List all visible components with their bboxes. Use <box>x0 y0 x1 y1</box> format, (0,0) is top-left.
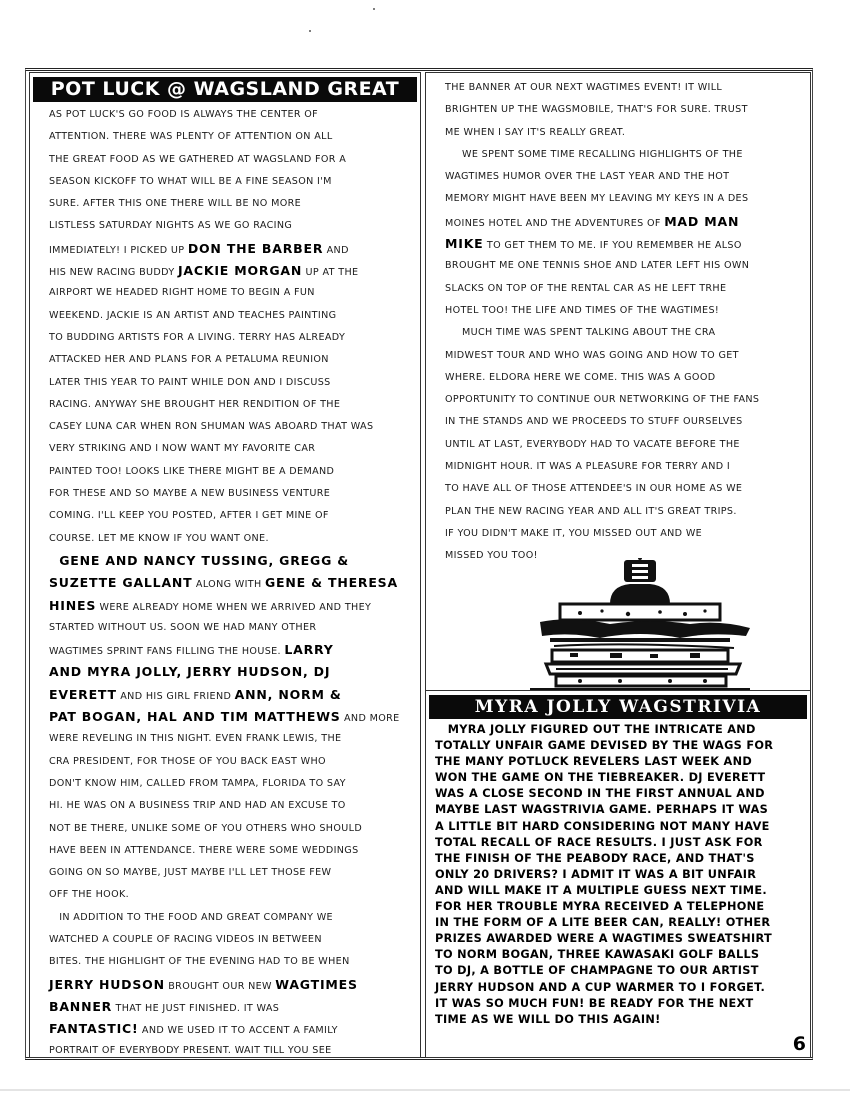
text-line: IMMEDIATELY! I PICKED UP DON THE BARBER … <box>49 238 420 260</box>
text-run: UNTIL AT LAST, EVERYBODY HAD TO VACATE B… <box>445 439 740 450</box>
text-run: WEEKEND. JACKIE IS AN ARTIST AND TEACHES… <box>49 310 336 321</box>
emphasized-name: LARRY <box>284 642 333 657</box>
text-run: TO HAVE ALL OF THOSE ATTENDEE'S IN OUR H… <box>445 483 742 494</box>
text-run: IN ADDITION TO THE FOOD AND GREAT COMPAN… <box>49 912 333 923</box>
text-run: WAGTIMES SPRINT FANS FILLING THE HOUSE. <box>49 646 284 657</box>
text-run: BROUGHT OUR NEW <box>165 981 275 992</box>
text-run: IF YOU DIDN'T MAKE IT, YOU MISSED OUT AN… <box>445 528 702 539</box>
text-line: FOR HER TROUBLE MYRA RECEIVED A TELEPHON… <box>435 899 810 915</box>
scan-speck <box>309 30 311 32</box>
emphasized-name: SUZETTE GALLANT <box>49 575 193 590</box>
text-run: PLAN THE NEW RACING YEAR AND ALL IT'S GR… <box>445 506 737 517</box>
text-line: TOTALLY UNFAIR GAME DEVISED BY THE WAGS … <box>435 738 810 754</box>
text-run: NOT BE THERE, UNLIKE SOME OF YOU OTHERS … <box>49 823 362 834</box>
text-line: TO NORM BOGAN, THREE KAWASAKI GOLF BALLS <box>435 947 810 963</box>
text-run: UP AT THE <box>302 267 358 278</box>
text-run: LATER THIS YEAR TO PAINT WHILE DON AND I… <box>49 377 331 388</box>
text-run: AIRPORT WE HEADED RIGHT HOME TO BEGIN A … <box>49 287 315 298</box>
text-line: AS POT LUCK'S GO FOOD IS ALWAYS THE CENT… <box>49 104 420 126</box>
text-line: MYRA JOLLY FIGURED OUT THE INTRICATE AND <box>435 722 810 738</box>
text-line: SUZETTE GALLANT ALONG WITH GENE & THERES… <box>49 572 420 594</box>
text-run: ME WHEN I SAY IT'S REALLY GREAT. <box>445 127 625 138</box>
text-line: PLAN THE NEW RACING YEAR AND ALL IT'S GR… <box>445 501 810 523</box>
text-line: PORTRAIT OF EVERYBODY PRESENT. WAIT TILL… <box>49 1040 420 1062</box>
text-run: HI. HE WAS ON A BUSINESS TRIP AND HAD AN… <box>49 800 346 811</box>
text-line: SURE. AFTER THIS ONE THERE WILL BE NO MO… <box>49 193 420 215</box>
text-line: MAYBE LAST WAGSTRIVIA GAME. PERHAPS IT W… <box>435 802 810 818</box>
article-headline-trivia: MYRA JOLLY WAGSTRIVIA WINNER <box>429 695 807 719</box>
text-line: MIDNIGHT HOUR. IT WAS A PLEASURE FOR TER… <box>445 456 810 478</box>
text-line: VERY STRIKING AND I NOW WANT MY FAVORITE… <box>49 438 420 460</box>
text-run: PAINTED TOO! LOOKS LIKE THERE MIGHT BE A… <box>49 466 334 477</box>
text-run: TO BUDDING ARTISTS FOR A LIVING. TERRY H… <box>49 332 345 343</box>
text-run: COMING. I'LL KEEP YOU POSTED, AFTER I GE… <box>49 510 329 521</box>
text-line: RACING. ANYWAY SHE BROUGHT HER RENDITION… <box>49 394 420 416</box>
emphasized-name: MAD MAN <box>664 214 739 229</box>
emphasized-name: AND MYRA JOLLY, JERRY HUDSON, DJ <box>49 664 330 679</box>
text-line: A LITTLE BIT HARD CONSIDERING NOT MANY H… <box>435 819 810 835</box>
right-column: THE BANNER AT OUR NEXT WAGTIMES EVENT! I… <box>425 72 811 1058</box>
text-line: WERE REVELING IN THIS NIGHT. EVEN FRANK … <box>49 728 420 750</box>
text-run: RACING. ANYWAY SHE BROUGHT HER RENDITION… <box>49 399 340 410</box>
text-run: BRIGHTEN UP THE WAGSMOBILE, THAT'S FOR S… <box>445 104 748 115</box>
text-line: TO HAVE ALL OF THOSE ATTENDEE'S IN OUR H… <box>445 478 810 500</box>
article-body-potluck: AS POT LUCK'S GO FOOD IS ALWAYS THE CENT… <box>30 102 420 1063</box>
text-run: MEMORY MIGHT HAVE BEEN MY LEAVING MY KEY… <box>445 193 748 204</box>
text-run: CRA PRESIDENT, FOR THOSE OF YOU BACK EAS… <box>49 756 326 767</box>
text-run: CASEY LUNA CAR WHEN RON SHUMAN WAS ABOAR… <box>49 421 373 432</box>
text-line: OFF THE HOOK. <box>49 884 420 906</box>
text-line: IT WAS SO MUCH FUN! BE READY FOR THE NEX… <box>435 996 810 1012</box>
text-run: MIDNIGHT HOUR. IT WAS A PLEASURE FOR TER… <box>445 461 730 472</box>
text-line: HI. HE WAS ON A BUSINESS TRIP AND HAD AN… <box>49 795 420 817</box>
emphasized-name: PAT BOGAN, HAL AND TIM MATTHEWS <box>49 709 341 724</box>
text-line: GOING ON SO MAYBE, JUST MAYBE I'LL LET T… <box>49 862 420 884</box>
text-line: ME WHEN I SAY IT'S REALLY GREAT. <box>445 122 810 144</box>
text-line: CASEY LUNA CAR WHEN RON SHUMAN WAS ABOAR… <box>49 416 420 438</box>
text-line: SEASON KICKOFF TO WHAT WILL BE A FINE SE… <box>49 171 420 193</box>
text-line: MEMORY MIGHT HAVE BEEN MY LEAVING MY KEY… <box>445 188 810 210</box>
text-run: AND WE USED IT TO ACCENT A FAMILY <box>139 1025 338 1036</box>
article-body-trivia: MYRA JOLLY FIGURED OUT THE INTRICATE AND… <box>426 719 810 1028</box>
text-run: SURE. AFTER THIS ONE THERE WILL BE NO MO… <box>49 198 301 209</box>
text-line: COURSE. LET ME KNOW IF YOU WANT ONE. <box>49 528 420 550</box>
text-line: JERRY HUDSON BROUGHT OUR NEW WAGTIMES <box>49 974 420 996</box>
text-line: EVERETT AND HIS GIRL FRIEND ANN, NORM & <box>49 684 420 706</box>
text-line: ONLY 20 DRIVERS? I ADMIT IT WAS A BIT UN… <box>435 867 810 883</box>
text-line: CRA PRESIDENT, FOR THOSE OF YOU BACK EAS… <box>49 751 420 773</box>
text-line: WAGTIMES HUMOR OVER THE LAST YEAR AND TH… <box>445 166 810 188</box>
text-line: WHERE. ELDORA HERE WE COME. THIS WAS A G… <box>445 367 810 389</box>
text-run: THAT HE JUST FINISHED. IT WAS <box>112 1003 279 1014</box>
emphasized-name: JACKIE MORGAN <box>178 263 302 278</box>
text-line: WAGTIMES SPRINT FANS FILLING THE HOUSE. … <box>49 639 420 661</box>
text-run: ATTACKED HER AND PLANS FOR A PETALUMA RE… <box>49 354 329 365</box>
text-line: MOINES HOTEL AND THE ADVENTURES OF MAD M… <box>445 211 810 233</box>
text-line: MUCH TIME WAS SPENT TALKING ABOUT THE CR… <box>445 322 810 344</box>
text-line: THE BANNER AT OUR NEXT WAGTIMES EVENT! I… <box>445 77 810 99</box>
text-line: HINES WERE ALREADY HOME WHEN WE ARRIVED … <box>49 595 420 617</box>
text-line: OPPORTUNITY TO CONTINUE OUR NETWORKING O… <box>445 389 810 411</box>
emphasized-name: GENE & THERESA <box>265 575 398 590</box>
article-body-potluck-continued: THE BANNER AT OUR NEXT WAGTIMES EVENT! I… <box>426 73 810 568</box>
text-line: BITES. THE HIGHLIGHT OF THE EVENING HAD … <box>49 951 420 973</box>
text-line: FANTASTIC! AND WE USED IT TO ACCENT A FA… <box>49 1018 420 1040</box>
text-line: LISTLESS SATURDAY NIGHTS AS WE GO RACING <box>49 215 420 237</box>
text-line: ATTACKED HER AND PLANS FOR A PETALUMA RE… <box>49 349 420 371</box>
text-run: COURSE. LET ME KNOW IF YOU WANT ONE. <box>49 533 269 544</box>
text-line: THE GREAT FOOD AS WE GATHERED AT WAGSLAN… <box>49 149 420 171</box>
text-line: BANNER THAT HE JUST FINISHED. IT WAS <box>49 996 420 1018</box>
emphasized-name: MIKE <box>445 236 484 251</box>
text-run <box>49 557 59 568</box>
text-run: MIDWEST TOUR AND WHO WAS GOING AND HOW T… <box>445 350 739 361</box>
text-line: WAS A CLOSE SECOND IN THE FIRST ANNUAL A… <box>435 786 810 802</box>
text-run: BROUGHT ME ONE TENNIS SHOE AND LATER LEF… <box>445 260 749 271</box>
text-line: IN THE FORM OF A LITE BEER CAN, REALLY! … <box>435 915 810 931</box>
text-run: AS POT LUCK'S GO FOOD IS ALWAYS THE CENT… <box>49 109 318 120</box>
text-run: BITES. THE HIGHLIGHT OF THE EVENING HAD … <box>49 956 350 967</box>
emphasized-name: BANNER <box>49 999 112 1014</box>
text-line: IN ADDITION TO THE FOOD AND GREAT COMPAN… <box>49 907 420 929</box>
text-run: AND MORE <box>341 713 400 724</box>
text-line: PRIZES AWARDED WERE A WAGTIMES SWEATSHIR… <box>435 931 810 947</box>
text-run: LISTLESS SATURDAY NIGHTS AS WE GO RACING <box>49 220 292 231</box>
text-line: THE MANY POTLUCK REVELERS LAST WEEK AND <box>435 754 810 770</box>
sandwich-illustration <box>510 558 750 692</box>
emphasized-name: JERRY HUDSON <box>49 977 165 992</box>
text-line: WEEKEND. JACKIE IS AN ARTIST AND TEACHES… <box>49 305 420 327</box>
text-line: PAT BOGAN, HAL AND TIM MATTHEWS AND MORE <box>49 706 420 728</box>
text-run: AND HIS GIRL FRIEND <box>117 691 235 702</box>
text-line: THE FINISH OF THE PEABODY RACE, AND THAT… <box>435 851 810 867</box>
text-run: FOR THESE AND SO MAYBE A NEW BUSINESS VE… <box>49 488 330 499</box>
text-line: UNTIL AT LAST, EVERYBODY HAD TO VACATE B… <box>445 434 810 456</box>
sandwich-icon <box>510 558 750 692</box>
text-line: NOT BE THERE, UNLIKE SOME OF YOU OTHERS … <box>49 818 420 840</box>
emphasized-name: WAGTIMES <box>275 977 358 992</box>
text-line: IF YOU DIDN'T MAKE IT, YOU MISSED OUT AN… <box>445 523 810 545</box>
text-line: LATER THIS YEAR TO PAINT WHILE DON AND I… <box>49 372 420 394</box>
trivia-article: MYRA JOLLY WAGSTRIVIA WINNER MYRA JOLLY … <box>425 690 811 1058</box>
text-line: AND WILL MAKE IT A MULTIPLE GUESS NEXT T… <box>435 883 810 899</box>
text-run: THE BANNER AT OUR NEXT WAGTIMES EVENT! I… <box>445 82 722 93</box>
text-run: PORTRAIT OF EVERYBODY PRESENT. WAIT TILL… <box>49 1045 332 1056</box>
text-line: IN THE STANDS AND WE PROCEEDS TO STUFF O… <box>445 411 810 433</box>
text-run: VERY STRIKING AND I NOW WANT MY FAVORITE… <box>49 443 315 454</box>
text-run: TO GET THEM TO ME. IF YOU REMEMBER HE AL… <box>484 240 742 251</box>
article-headline-potluck: POT LUCK @ WAGSLAND GREAT FUN <box>33 77 417 102</box>
page-number: 6 <box>793 1033 806 1055</box>
text-line: TIME AS WE WILL DO THIS AGAIN! <box>435 1012 810 1028</box>
text-run: OPPORTUNITY TO CONTINUE OUR NETWORKING O… <box>445 394 759 405</box>
text-run: ATTENTION. THERE WAS PLENTY OF ATTENTION… <box>49 131 333 142</box>
text-run: WERE ALREADY HOME WHEN WE ARRIVED AND TH… <box>96 602 371 613</box>
text-run: SLACKS ON TOP OF THE RENTAL CAR AS HE LE… <box>445 283 726 294</box>
text-line: TOTAL RECALL OF RACE RESULTS. I JUST ASK… <box>435 835 810 851</box>
text-run: WHERE. ELDORA HERE WE COME. THIS WAS A G… <box>445 372 715 383</box>
text-line: GENE AND NANCY TUSSING, GREGG & <box>49 550 420 572</box>
text-run: WE SPENT SOME TIME RECALLING HIGHLIGHTS … <box>445 149 743 160</box>
text-line: HAVE BEEN IN ATTENDANCE. THERE WERE SOME… <box>49 840 420 862</box>
text-run: HIS NEW RACING BUDDY <box>49 267 178 278</box>
text-line: BRIGHTEN UP THE WAGSMOBILE, THAT'S FOR S… <box>445 99 810 121</box>
text-line: TO BUDDING ARTISTS FOR A LIVING. TERRY H… <box>49 327 420 349</box>
scan-speck <box>373 8 375 10</box>
text-run: WERE REVELING IN THIS NIGHT. EVEN FRANK … <box>49 733 341 744</box>
text-line: FOR THESE AND SO MAYBE A NEW BUSINESS VE… <box>49 483 420 505</box>
text-run: IMMEDIATELY! I PICKED UP <box>49 245 188 256</box>
text-run: DON'T KNOW HIM, CALLED FROM TAMPA, FLORI… <box>49 778 346 789</box>
text-run: HAVE BEEN IN ATTENDANCE. THERE WERE SOME… <box>49 845 359 856</box>
text-line: MIDWEST TOUR AND WHO WAS GOING AND HOW T… <box>445 345 810 367</box>
text-run: GOING ON SO MAYBE, JUST MAYBE I'LL LET T… <box>49 867 331 878</box>
text-run: OFF THE HOOK. <box>49 889 129 900</box>
text-run: STARTED WITHOUT US. SOON WE HAD MANY OTH… <box>49 622 316 633</box>
text-line: DON'T KNOW HIM, CALLED FROM TAMPA, FLORI… <box>49 773 420 795</box>
text-line: AIRPORT WE HEADED RIGHT HOME TO BEGIN A … <box>49 282 420 304</box>
text-line: JERRY HUDSON AND A CUP WARMER TO I FORGE… <box>435 980 810 996</box>
text-run: ALONG WITH <box>193 579 265 590</box>
emphasized-name: EVERETT <box>49 687 117 702</box>
text-line: WON THE GAME ON THE TIEBREAKER. DJ EVERE… <box>435 770 810 786</box>
text-line: PAINTED TOO! LOOKS LIKE THERE MIGHT BE A… <box>49 461 420 483</box>
text-run: HOTEL TOO! THE LIFE AND TIMES OF THE WAG… <box>445 305 719 316</box>
emphasized-name: ANN, NORM & <box>235 687 342 702</box>
emphasized-name: FANTASTIC! <box>49 1021 139 1036</box>
text-run: THE GREAT FOOD AS WE GATHERED AT WAGSLAN… <box>49 154 346 165</box>
text-line: AND MYRA JOLLY, JERRY HUDSON, DJ <box>49 661 420 683</box>
text-run: AND <box>323 245 349 256</box>
text-line: BROUGHT ME ONE TENNIS SHOE AND LATER LEF… <box>445 255 810 277</box>
text-line: TO DJ, A BOTTLE OF CHAMPAGNE TO OUR ARTI… <box>435 963 810 979</box>
text-run: WATCHED A COUPLE OF RACING VIDEOS IN BET… <box>49 934 322 945</box>
text-run: SEASON KICKOFF TO WHAT WILL BE A FINE SE… <box>49 176 332 187</box>
text-line: HIS NEW RACING BUDDY JACKIE MORGAN UP AT… <box>49 260 420 282</box>
text-line: HOTEL TOO! THE LIFE AND TIMES OF THE WAG… <box>445 300 810 322</box>
text-line: MIKE TO GET THEM TO ME. IF YOU REMEMBER … <box>445 233 810 255</box>
text-line: ATTENTION. THERE WAS PLENTY OF ATTENTION… <box>49 126 420 148</box>
text-line: COMING. I'LL KEEP YOU POSTED, AFTER I GE… <box>49 505 420 527</box>
text-run: WAGTIMES HUMOR OVER THE LAST YEAR AND TH… <box>445 171 729 182</box>
text-run: MUCH TIME WAS SPENT TALKING ABOUT THE CR… <box>445 327 715 338</box>
text-line: WATCHED A COUPLE OF RACING VIDEOS IN BET… <box>49 929 420 951</box>
left-column: POT LUCK @ WAGSLAND GREAT FUN AS POT LUC… <box>29 72 421 1058</box>
text-run: IN THE STANDS AND WE PROCEEDS TO STUFF O… <box>445 416 743 427</box>
emphasized-name: GENE AND NANCY TUSSING, GREGG & <box>59 553 349 568</box>
text-line: STARTED WITHOUT US. SOON WE HAD MANY OTH… <box>49 617 420 639</box>
emphasized-name: HINES <box>49 598 96 613</box>
emphasized-name: DON THE BARBER <box>188 241 323 256</box>
text-line: WE SPENT SOME TIME RECALLING HIGHLIGHTS … <box>445 144 810 166</box>
text-line: SLACKS ON TOP OF THE RENTAL CAR AS HE LE… <box>445 278 810 300</box>
text-run: MOINES HOTEL AND THE ADVENTURES OF <box>445 218 664 229</box>
scan-edge-line <box>0 1089 850 1091</box>
